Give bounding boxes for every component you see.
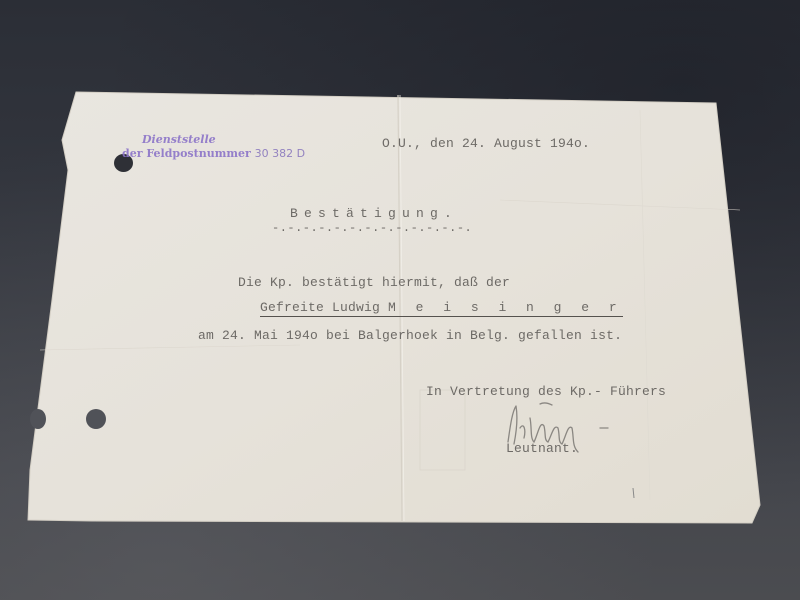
stamp-office-label: Dienststelle	[142, 133, 216, 146]
title-underline: -.-.-.-.-.-.-.-.-.-.-.-.-.	[272, 221, 472, 235]
confirmation-text: Die Kp. bestätigt hiermit, daß der	[238, 275, 510, 290]
soldier-name: Gefreite Ludwig M e i s i n g e r	[260, 300, 623, 317]
soldier-surname: M e i s i n g e r	[388, 300, 623, 315]
place-date-line: O.U., den 24. August 194o.	[382, 136, 590, 151]
stamp-fieldpost-number: der Feldpostnummer 30 382 D	[122, 147, 305, 160]
soldier-rank-first-name: Gefreite Ludwig	[260, 300, 388, 315]
document-title: Bestätigung.	[290, 206, 458, 221]
signatory-rank: Leutnant.	[506, 441, 578, 456]
document-sheet: Dienststelle der Feldpostnummer 30 382 D…	[0, 0, 800, 600]
punch-hole-edge	[30, 409, 46, 429]
representation-line: In Vertretung des Kp.- Führers	[426, 384, 666, 399]
death-statement: am 24. Mai 194o bei Balgerhoek in Belg. …	[198, 328, 622, 343]
stamp-fieldpost-prefix: der Feldpostnummer	[122, 147, 255, 160]
punch-hole	[86, 409, 106, 429]
stamp-number: 30 382 D	[255, 147, 305, 160]
